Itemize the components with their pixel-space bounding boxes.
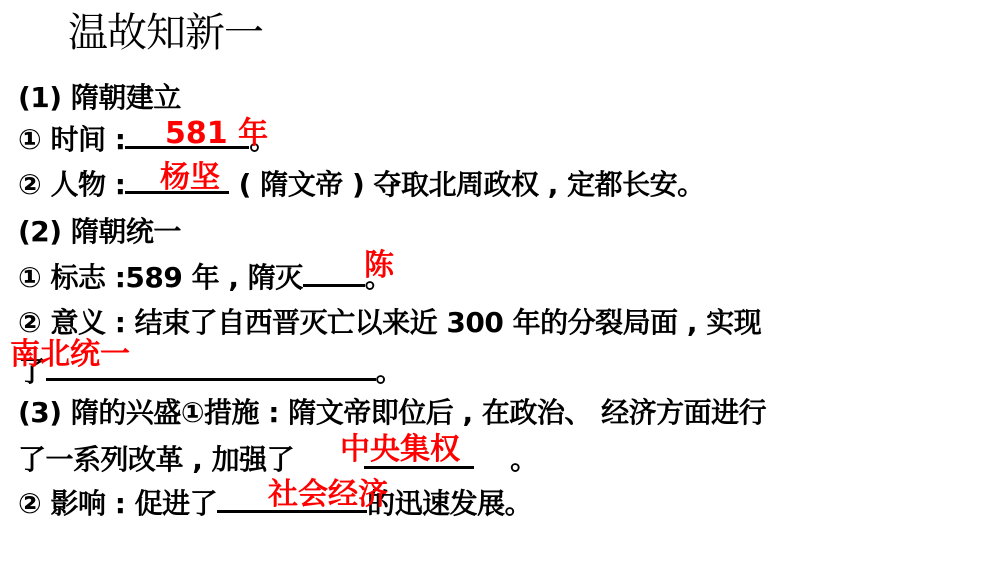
answer-time: 581 年 bbox=[165, 116, 268, 152]
label-person: ② 人物 : bbox=[18, 168, 125, 201]
answer-significance: 南北统一 bbox=[10, 337, 130, 373]
period: 。 bbox=[376, 355, 404, 388]
slide-title: 温故知新一 bbox=[68, 8, 263, 58]
line-mark: ① 标志 :589 年 , 隋灭。 bbox=[18, 258, 392, 296]
period: 。 bbox=[510, 443, 538, 476]
answer-conquered: 陈 bbox=[364, 248, 394, 284]
line-person: ② 人物 : ( 隋文帝 ) 夺取北周政权 , 定都长安。 bbox=[18, 165, 705, 203]
section-3-heading: (3) 隋的兴盛①措施 : 隋文帝即位后 , 在政治、 经济方面进行 bbox=[18, 395, 766, 431]
answer-effect: 社会经济 bbox=[268, 477, 388, 513]
section-2-heading: (2) 隋朝统一 bbox=[18, 214, 181, 250]
answer-strengthened: 中央集权 bbox=[340, 432, 460, 468]
line-significance: ② 意义 : 结束了自西晋灭亡以来近 300 年的分裂局面 , 实现 bbox=[18, 305, 761, 341]
label-time: ① 时间 : bbox=[18, 123, 125, 156]
label-measures: 了一系列改革 , 加强了 bbox=[18, 443, 294, 476]
person-text: ( 隋文帝 ) 夺取北周政权 , 定都长安。 bbox=[239, 168, 705, 201]
blank-conquered bbox=[303, 258, 365, 287]
effect-text: 的迅速发展。 bbox=[367, 487, 532, 520]
answer-person: 杨坚 bbox=[160, 160, 220, 196]
label-mark: ① 标志 :589 年 , 隋灭 bbox=[18, 261, 303, 294]
section-1-heading: (1) 隋朝建立 bbox=[18, 80, 181, 116]
label-effect: ② 影响 : 促进了 bbox=[18, 487, 217, 520]
